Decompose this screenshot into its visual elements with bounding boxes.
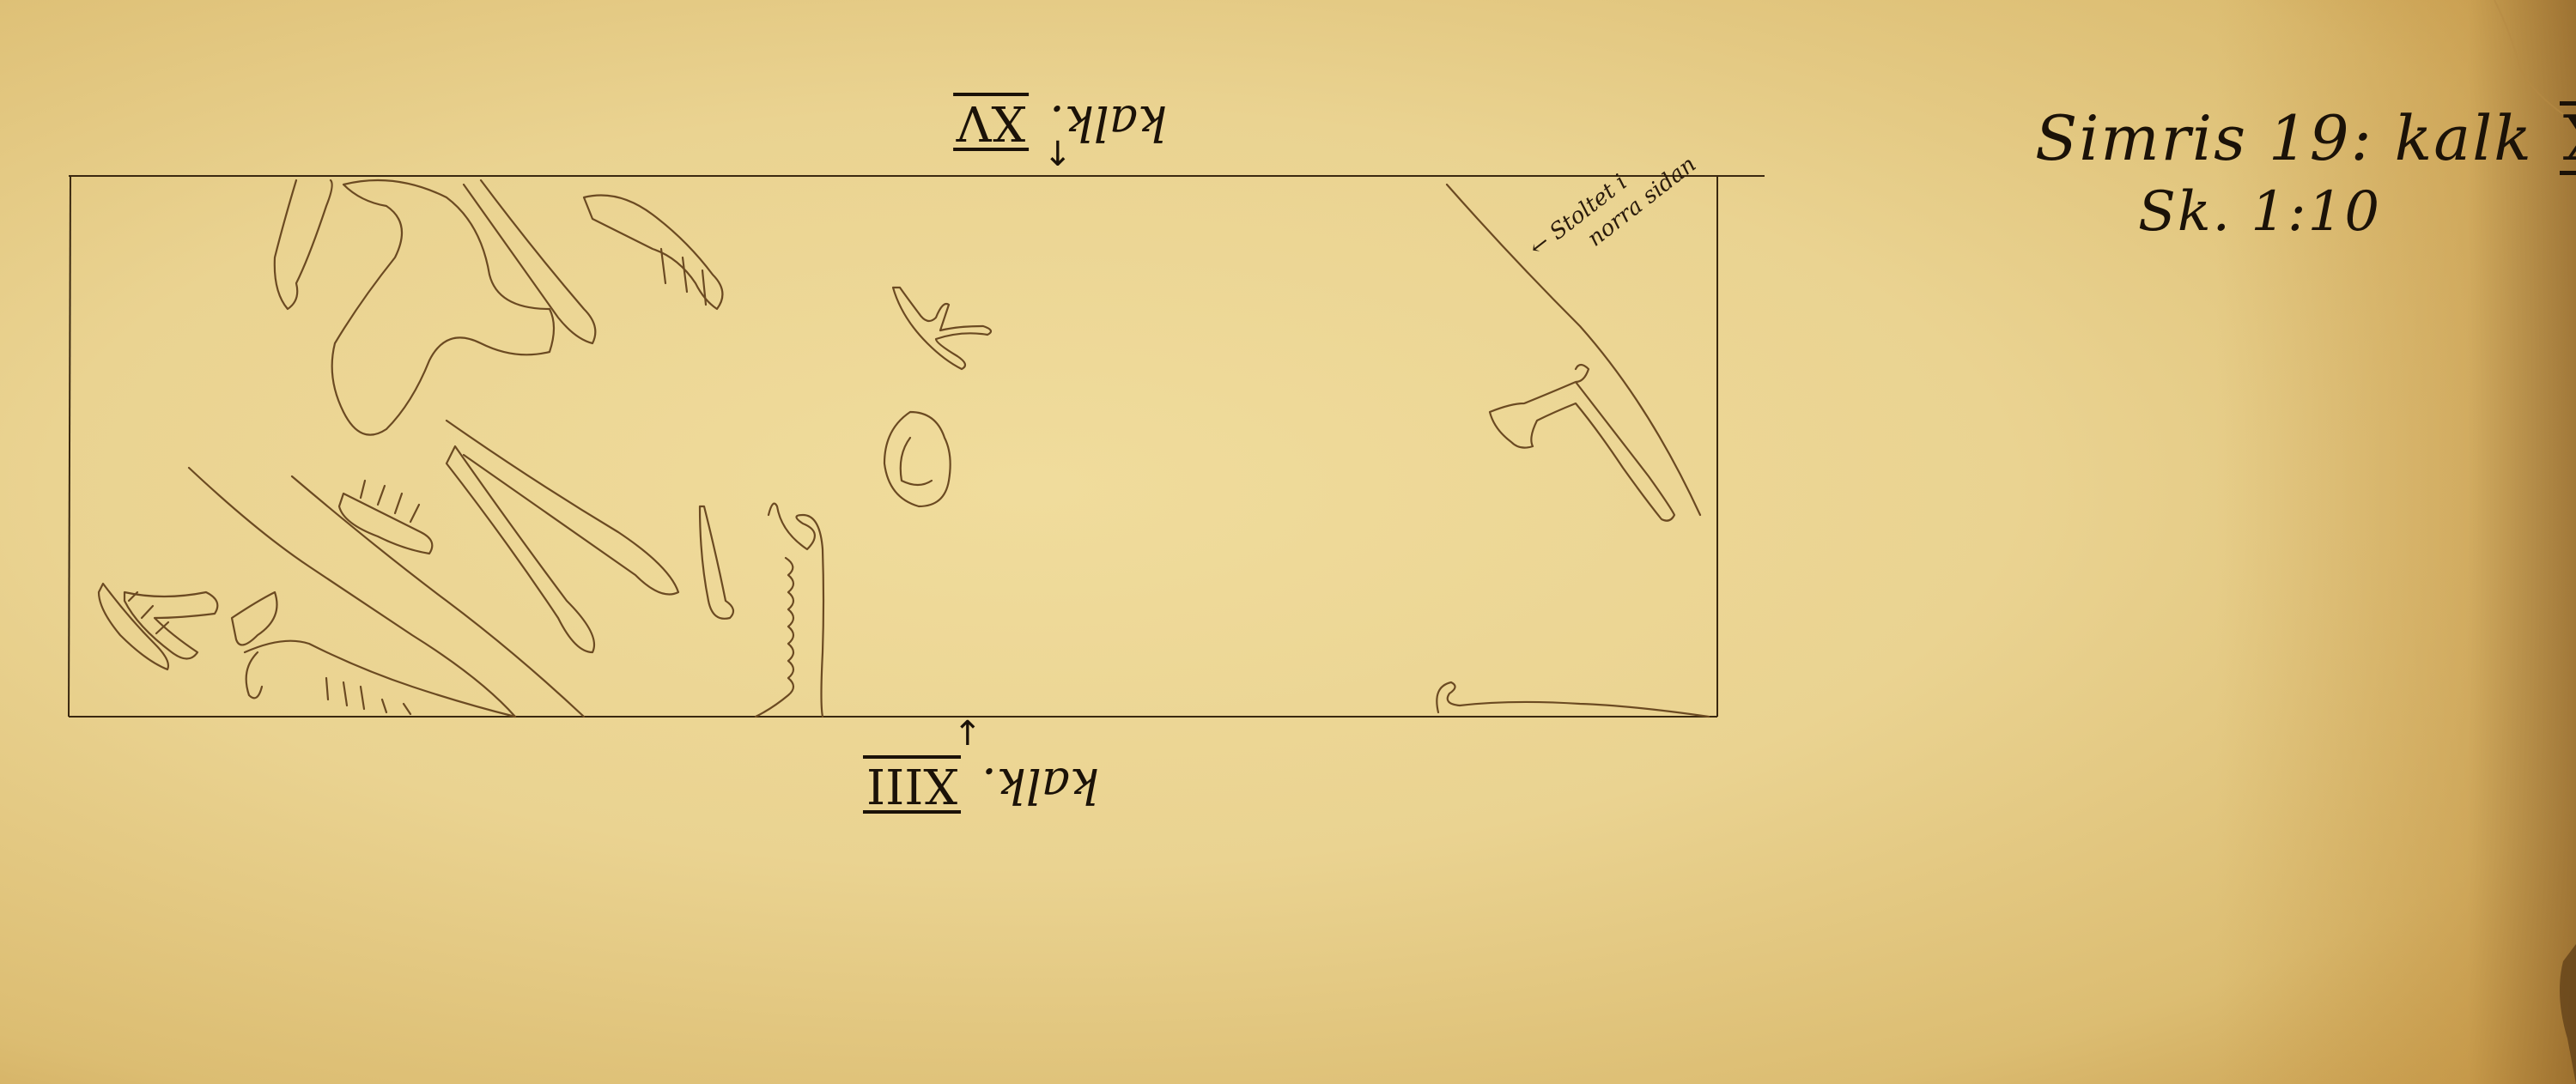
sheet-number: XIV — [2560, 101, 2576, 175]
scale-label: Sk. 1:10 — [2138, 180, 2381, 244]
bottom-reference-sheet: XIII — [863, 755, 961, 814]
bottom-reference-label: kalk. — [981, 757, 1099, 813]
arrow-up-icon: ↑ — [953, 717, 982, 751]
bottom-sheet-reference: kalk. XIII — [863, 755, 1099, 814]
site-label: Simris 19: kalk — [2035, 102, 2533, 174]
arrow-down-icon: ↓ — [1043, 137, 1072, 172]
drawing-frame — [69, 176, 1765, 717]
sheet-title: Simris 19: kalk XIV — [2035, 101, 2576, 175]
top-reference-sheet: XV — [953, 93, 1029, 151]
